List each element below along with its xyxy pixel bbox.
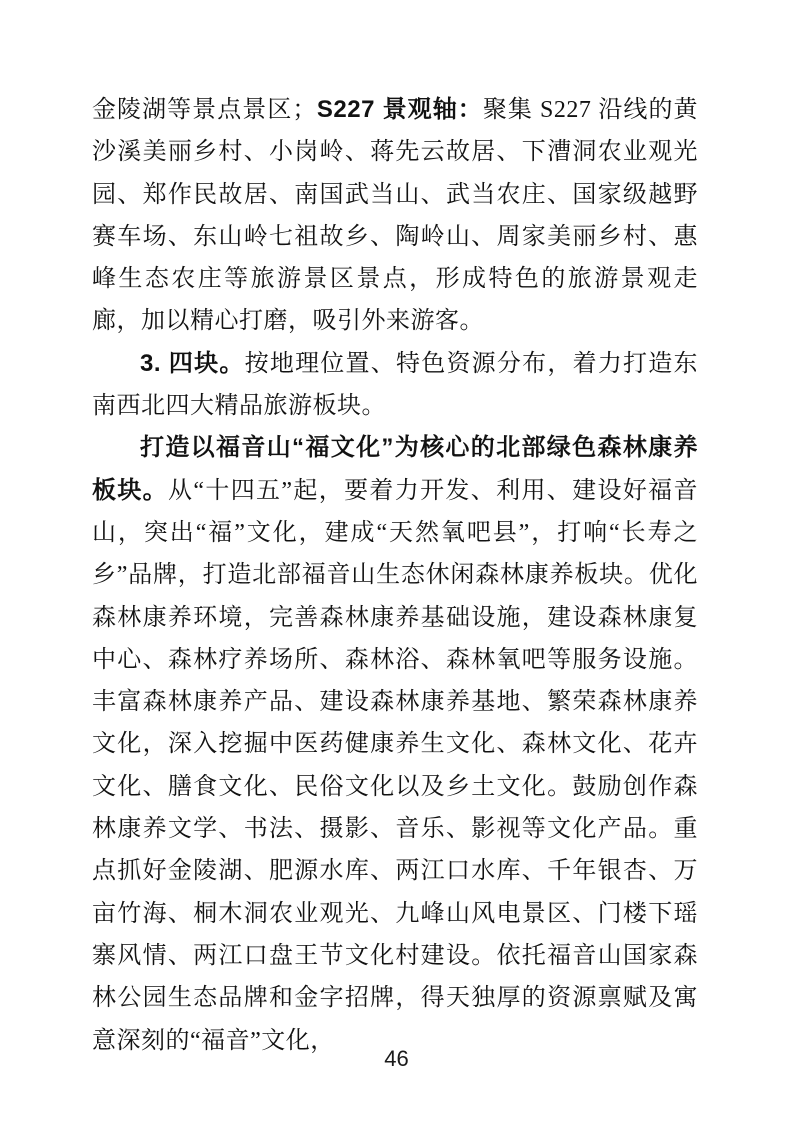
- text-segment: 金陵湖等景点景区；: [92, 97, 317, 123]
- text-segment: 从“十四五”起，要着力开发、利用、建设好福音山，突出“福”文化，建成“天然氧吧县…: [92, 478, 698, 1054]
- document-page: 金陵湖等景点景区；S227 景观轴：聚集 S227 沿线的黄沙溪美丽乡村、小岗岭…: [0, 0, 793, 1122]
- paragraph-four-blocks: 3. 四块。按地理位置、特色资源分布，着力打造东南西北四大精品旅游板块。: [92, 343, 698, 428]
- text-block: 金陵湖等景点景区；S227 景观轴：聚集 S227 沿线的黄沙溪美丽乡村、小岗岭…: [92, 89, 698, 1062]
- text-segment-bold: 3. 四块。: [140, 350, 245, 377]
- text-segment-bold: S227 景观轴：: [317, 96, 483, 123]
- paragraph-north-forest-block: 打造以福音山“福文化”为核心的北部绿色森林康养板块。从“十四五”起，要着力开发、…: [92, 427, 698, 1061]
- text-segment: 聚集 S227 沿线的黄沙溪美丽乡村、小岗岭、蒋先云故居、下漕洞农业观光园、郑作…: [92, 97, 698, 334]
- paragraph-scenic-axis: 金陵湖等景点景区；S227 景观轴：聚集 S227 沿线的黄沙溪美丽乡村、小岗岭…: [92, 89, 698, 343]
- page-number: 46: [0, 1046, 793, 1072]
